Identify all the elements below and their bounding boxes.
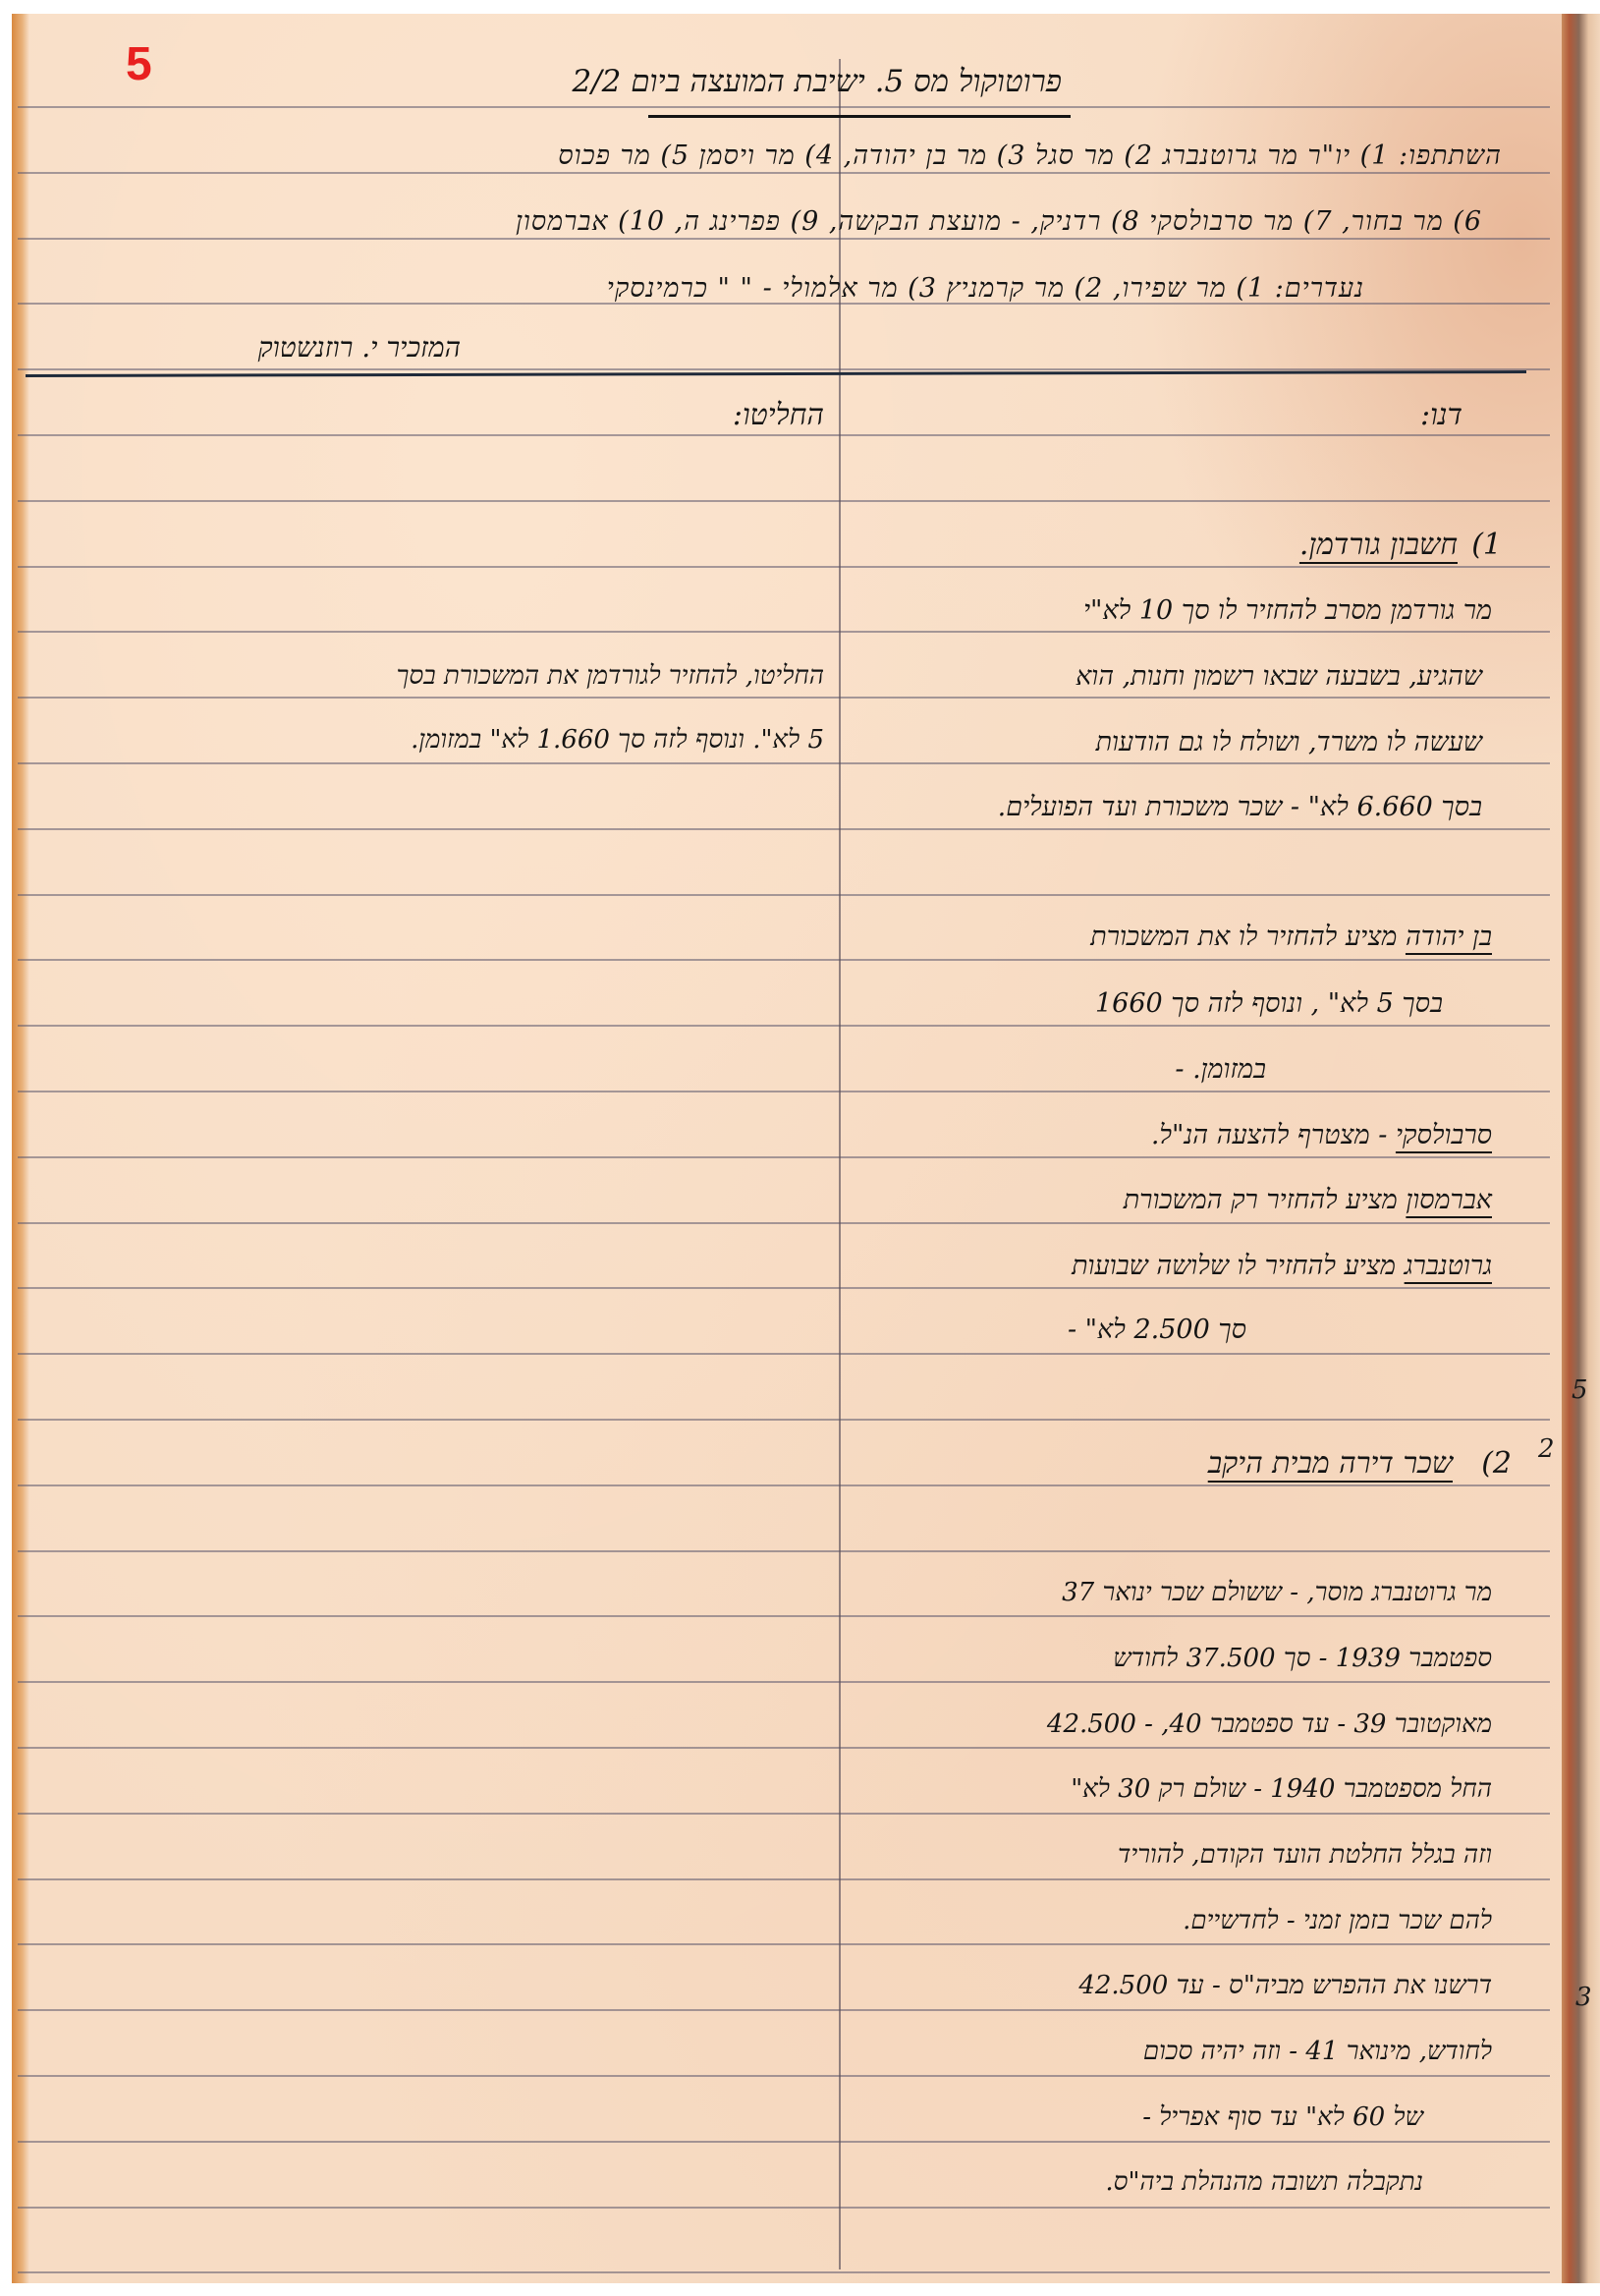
- ruled-line: [18, 1091, 1550, 1092]
- ruled-line: [18, 1222, 1550, 1224]
- ruled-line: [18, 2207, 1550, 2209]
- ruled-line: [18, 631, 1550, 633]
- item-1-line: שהגיע, בשבעה שבאו רשמון וחנות, הוא: [1076, 663, 1482, 690]
- note-continuation: סך 2.500 לא" -: [1068, 1316, 1246, 1343]
- item-1-line: מר גורדמן מסרב להחזיר לו סך 10 לא"י: [1083, 597, 1492, 624]
- ruled-line: [18, 500, 1550, 502]
- notebook-binding: [1562, 14, 1600, 2283]
- ruled-line: [18, 1353, 1550, 1355]
- note-speaker: גרוטנברג מציע להחזיר לו שלושה שבועות: [1072, 1253, 1492, 1279]
- item-2-line: דרשנו את ההפרש מביה"ס - עד 42.500: [1078, 1973, 1492, 1998]
- note-speaker: בן יהודה מציע להחזיר לו את המשכורת: [1090, 924, 1492, 950]
- speaker-text: - מצטרף להצעה הנ"ל.: [1151, 1120, 1388, 1150]
- note-continuation: במזומן. -: [1175, 1056, 1266, 1083]
- margin-mark: 5: [1572, 1375, 1588, 1405]
- margin-mark: 3: [1575, 1983, 1592, 2012]
- item-2-line: של 60 לא" עד סוף אפריל -: [1142, 2104, 1423, 2130]
- margin-mark: 2: [1538, 1434, 1555, 1464]
- ruled-line: [18, 1550, 1550, 1552]
- item-2-line: להם שכר בזמן זמני - לחדשיים.: [1183, 1908, 1492, 1933]
- item-2-line: נתקבלה תשובה מהנהלת ביה"ס.: [1105, 2169, 1423, 2195]
- speaker-name: בן יהודה: [1406, 922, 1492, 952]
- ruled-line: [18, 172, 1550, 174]
- item-2-line: החל מספטמבר 1940 - שולם רק 30 לא": [1071, 1776, 1492, 1802]
- item-2-number: 2): [1481, 1449, 1512, 1479]
- speaker-name: סרבולסקי: [1396, 1120, 1492, 1150]
- item-1-line: שעשה לו משרד, ושולח לו גם הודעות: [1096, 729, 1482, 756]
- ruled-line: [18, 106, 1550, 108]
- item-2-heading: שכר דירה מבית היקב: [1208, 1449, 1453, 1479]
- column-divider: [839, 59, 841, 2269]
- speaker-name: גרוטנברג: [1405, 1251, 1492, 1281]
- ruled-line: [18, 1943, 1550, 1945]
- ruled-line: [18, 894, 1550, 896]
- ruled-line: [18, 368, 1550, 370]
- ruled-line: [18, 2271, 1550, 2273]
- title-underline: [648, 115, 1071, 118]
- speaker-name: אברמסון: [1406, 1185, 1492, 1215]
- speaker-text: מציע להחזיר רק המשכורת: [1124, 1185, 1398, 1215]
- ruled-line: [18, 1813, 1550, 1815]
- ruled-line: [18, 434, 1550, 436]
- ruled-line: [18, 697, 1550, 699]
- item-1-number: 1): [1471, 531, 1502, 560]
- discussed-heading: דנו:: [1420, 401, 1462, 430]
- speaker-text: מציע להחזיר לו שלושה שבועות: [1072, 1251, 1396, 1281]
- ruled-line: [18, 1747, 1550, 1749]
- secretary-signature: המזכיר י. רוזנשטוק: [258, 334, 461, 362]
- note-speaker: אברמסון מציע להחזיר רק המשכורת: [1124, 1187, 1492, 1213]
- protocol-title: פרוטוקול מס 5. ישיבת המועצה ביום 2/2: [572, 67, 1062, 97]
- absentees-line: נעדרים: 1) מר שפירו, 2) מר קרמניץ 3) מר …: [607, 275, 1364, 302]
- resolution-line: 5 לא". ונוסף לזה סך 1.660 לא" במזומן.: [411, 727, 824, 753]
- ruled-line: [18, 1878, 1550, 1880]
- ruled-line: [18, 2141, 1550, 2143]
- participants-line-2: 6) מר בחור, 7) מר סרבולסקי 8) רדניק, - מ…: [516, 208, 1482, 235]
- item-1-heading: חשבון גורדמן.: [1299, 531, 1458, 560]
- ruled-line: [18, 2075, 1550, 2077]
- ruled-line: [18, 1025, 1550, 1027]
- ruled-line: [18, 1156, 1550, 1158]
- ruled-line: [18, 1419, 1550, 1421]
- note-speaker: סרבולסקי - מצטרף להצעה הנ"ל.: [1151, 1122, 1492, 1148]
- ruled-line: [18, 828, 1550, 830]
- ruled-line: [18, 762, 1550, 764]
- ruled-line: [18, 238, 1550, 240]
- item-1-line: בסך 6.660 לא" - שכר משכורת ועד הפועלים.: [998, 794, 1482, 820]
- ruled-line: [18, 1484, 1550, 1486]
- item-2-line: וזה בגלל החלטת הועד הקודם, להוריד: [1118, 1842, 1492, 1868]
- participants-line-1: השתתפו: 1) יו"ר מר גרוטנברג 2) מר סגל 3)…: [558, 142, 1502, 169]
- decided-heading: החליטו:: [733, 401, 824, 430]
- item-2-line: מאוקטובר 39 - עד ספטמבר 40, - 42.500: [1047, 1711, 1492, 1737]
- item-2-line: מר גרוטנברג מוסר, - ששולם שכר ינואר 37: [1062, 1580, 1492, 1605]
- ruled-line: [18, 1287, 1550, 1289]
- note-continuation: בסך 5 לא" , ונוסף לזה סך 1660: [1095, 990, 1443, 1017]
- ruled-line: [18, 1615, 1550, 1617]
- item-2-line: לחודש, מינואר 41 - וזה יהיה סכום: [1143, 2039, 1492, 2064]
- ruled-line: [18, 959, 1550, 961]
- resolution-line: החליטו, להחזיר לגורדמן את המשכורת בסך: [397, 663, 824, 689]
- page-number: 5: [126, 37, 152, 91]
- ruled-line: [18, 2009, 1550, 2011]
- speaker-text: מציע להחזיר לו את המשכורת: [1090, 922, 1397, 952]
- item-2-line: ספטמבר 1939 - סך 37.500 לחודש: [1113, 1646, 1492, 1671]
- ruled-line: [18, 566, 1550, 568]
- ruled-line: [18, 1681, 1550, 1683]
